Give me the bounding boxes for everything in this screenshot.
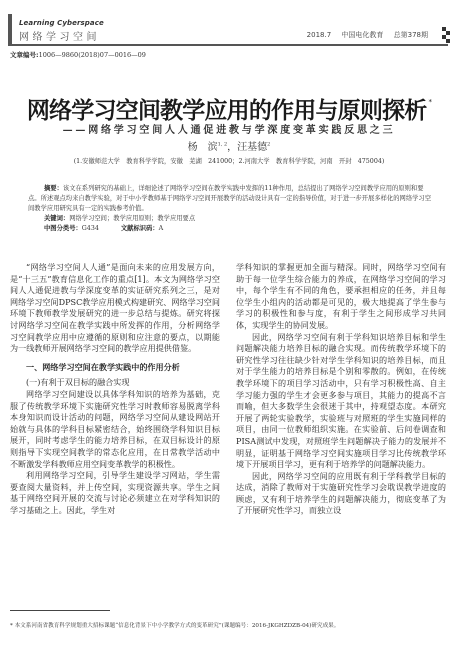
body-paragraph: 因此，网络学习空间有利于学科知识培养目标和学生问题解决能力培养目标的融合实现。而… [236, 332, 446, 471]
paper-subtitle: ——网络学习空间人人通促进教与学深度变革实践反思之三 [0, 121, 458, 136]
abstract-text: 该文在系列研究的基础上，详细论述了网络学习空间在教学实践中发挥的11种作用，总结… [28, 185, 431, 212]
section-name-en: Learning Cyberspace [19, 19, 104, 27]
corner-decoration-icon [442, 27, 450, 44]
author-1-affil: 1, 2 [218, 142, 228, 148]
doc-code-label: 文献标识码： [121, 225, 159, 232]
class-number-value: G434 [82, 225, 99, 232]
classification-row: 中图分类号：G434文献标识码：A [28, 224, 432, 234]
body-paragraph: 利用网络学习空间，引导学生建设学习网站，学生需要查阅大量资料，并上传空间，实现资… [10, 470, 220, 516]
page-header: Learning Cyberspace 网络学习空间 2018.7 中国电化教育… [0, 0, 458, 46]
footnote-rule [10, 610, 110, 611]
intro-paragraph: “网络学习空间人人通”是面向未来的应用发展方向，是“十三五”教育信息化工作的重点… [10, 262, 220, 355]
body-paragraph: 因此，网络学习空间的应用既有利于学科教学目标的达成，消除了教师对于实施研究性学习… [236, 471, 446, 517]
author-separator: ， [227, 142, 237, 153]
keywords-label: 关键词： [44, 215, 69, 222]
subsection-heading-1: (一)有利于双目标的融合实现 [10, 377, 220, 389]
article-number: 文章编号:1006—9860(2018)07—0016—09 [10, 50, 146, 59]
author-line: 杨 滨1, 2，汪基德2 [0, 138, 458, 153]
section-heading-1: 一、网络学习空间在教学实践中的作用分析 [10, 362, 220, 374]
header-rule [8, 44, 448, 46]
funding-footnote: * 本文系河南省教育科学规划重大招标课题“信息化背景下中小学教学方式的变革研究”… [10, 621, 339, 629]
abstract-block: 摘要：该文在系列研究的基础上，详细论述了网络学习空间在教学实践中发挥的11种作用… [28, 184, 432, 234]
abstract-label: 摘要： [44, 185, 63, 192]
article-number-value: 1006—9860(2018)07—0016—09 [39, 51, 146, 59]
journal-name: 中国电化教育 [341, 31, 383, 39]
body-column-right: 学科知识的掌握更加全面与精深。同时，网络学习空间有助于每一位学生综合能力的养成，… [236, 262, 446, 517]
keywords-text: 网络学习空间；教学应用原则；教学应用要点 [69, 215, 195, 222]
title-footnote-mark: * [428, 98, 431, 106]
keywords-row: 关键词：网络学习空间；教学应用原则；教学应用要点 [28, 214, 432, 224]
section-name-cn: 网络学习空间 [19, 28, 100, 43]
issue-number: 总第378期 [394, 31, 428, 39]
doc-code-value: A [159, 225, 164, 232]
class-number-label: 中图分类号： [44, 225, 82, 232]
body-paragraph: 网络学习空间建设以具体学科知识的培养为基础，克服了传统教学环境下实施研究性学习时… [10, 389, 220, 470]
body-column-left: “网络学习空间人人通”是面向未来的应用发展方向，是“十三五”教育信息化工作的重点… [10, 262, 220, 516]
author-1: 杨 滨 [188, 142, 218, 153]
affiliations: (1.安徽师范大学 教育科学学院，安徽 芜湖 241000；2.河南大学 教育科… [0, 156, 458, 165]
author-2-affil: 2 [267, 142, 270, 148]
issue-date: 2018.7 [307, 31, 332, 39]
author-2: 汪基德 [237, 142, 267, 153]
header-accent-bar [8, 14, 12, 44]
journal-info: 2018.7 中国电化教育 总第378期 [299, 30, 428, 40]
abstract-paragraph: 摘要：该文在系列研究的基础上，详细论述了网络学习空间在教学实践中发挥的11种作用… [28, 184, 432, 214]
article-number-label: 文章编号: [10, 51, 39, 59]
body-paragraph-continued: 学科知识的掌握更加全面与精深。同时，网络学习空间有助于每一位学生综合能力的养成，… [236, 262, 446, 332]
